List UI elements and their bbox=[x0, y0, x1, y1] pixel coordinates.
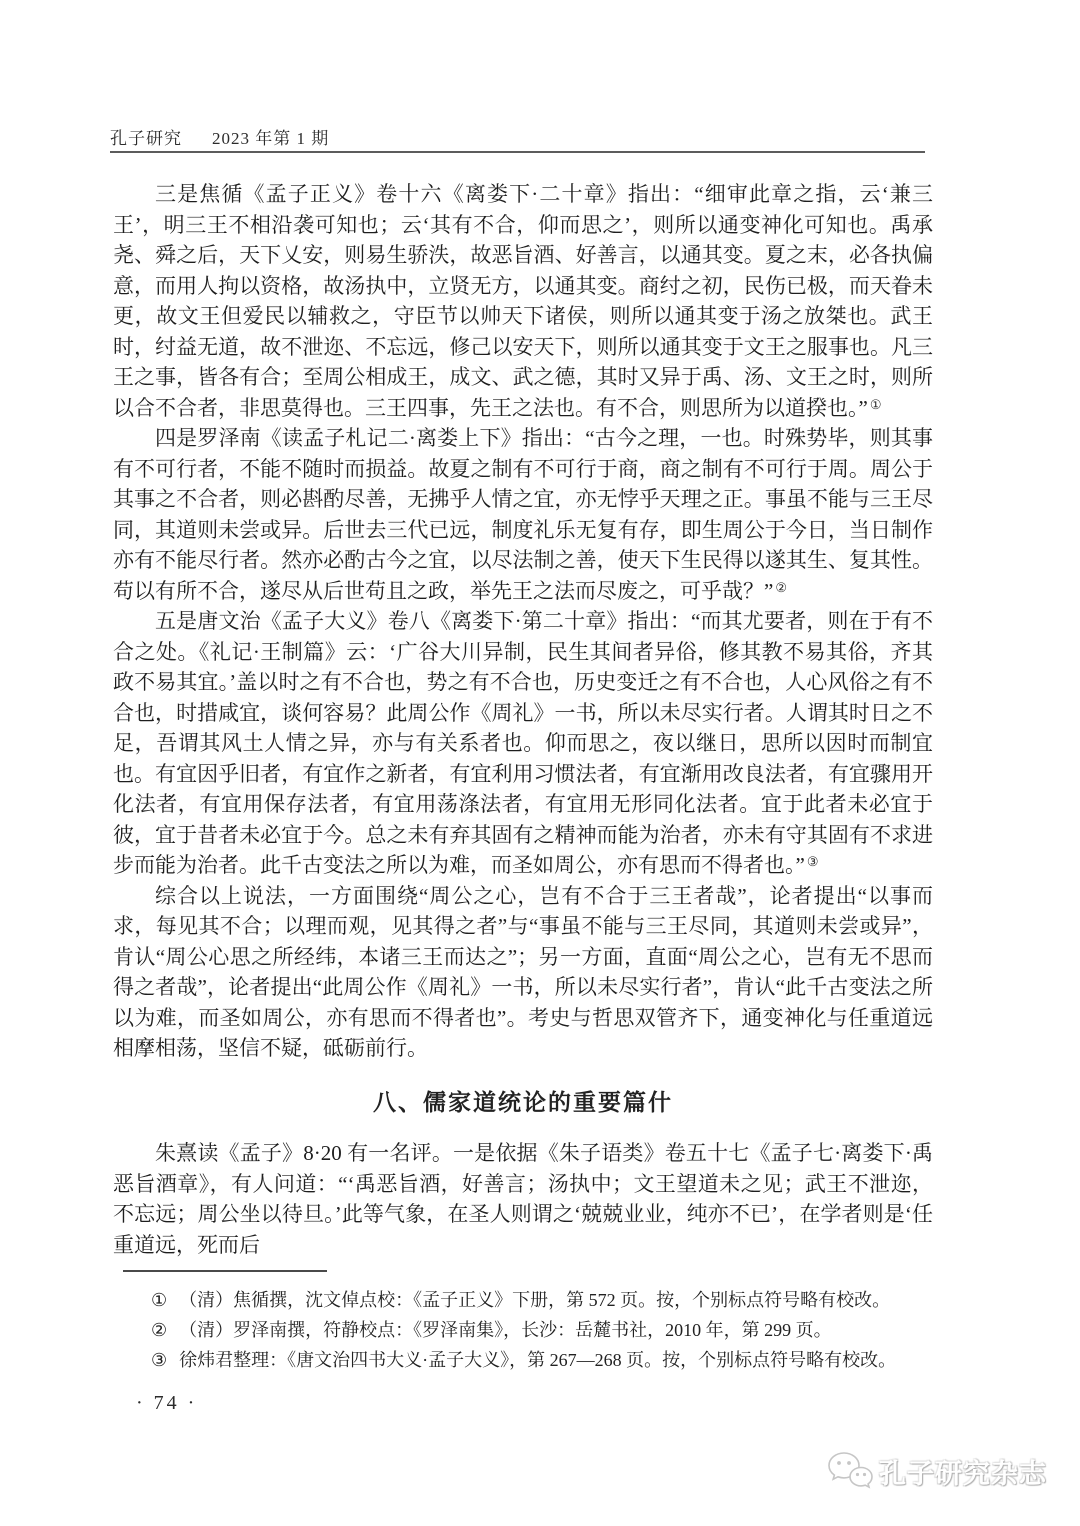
journal-page: 孔子研究 2023 年第 1 期 三是焦循《孟子正义》卷十六《离娄下·二十章》指… bbox=[0, 0, 1080, 1526]
page-header: 孔子研究 2023 年第 1 期 bbox=[110, 124, 329, 149]
header-rule bbox=[110, 151, 925, 153]
paragraph-text: 综合以上说法，一方面围绕“周公之心，岂有不合于三王者哉”，论者提出“以事而求，每… bbox=[113, 884, 933, 1061]
page-number: · 74 · bbox=[136, 1392, 197, 1415]
watermark: 孔子研究杂志 bbox=[826, 1450, 1047, 1492]
footnote-section: ①（清）焦循撰，沈文倬点校：《孟子正义》下册，第 572 页。按，个别标点符号略… bbox=[113, 1270, 945, 1375]
wechat-logo-icon bbox=[826, 1450, 874, 1492]
paragraph: 朱熹读《孟子》8·20 有一名评。一是依据《朱子语类》卷五十七《孟子七·离娄下·… bbox=[113, 1138, 933, 1260]
footnote-ref-1: ① bbox=[870, 397, 882, 412]
footnote-marker: ③ bbox=[151, 1350, 167, 1370]
footnote-marker: ② bbox=[151, 1320, 167, 1340]
footnote-text: 徐炜君整理：《唐文治四书大义·孟子大义》，第 267—268 页。按，个别标点符… bbox=[179, 1350, 896, 1370]
paragraph: 五是唐文治《孟子大义》卷八《离娄下·第二十章》指出：“而其尤要者，则在于有不合之… bbox=[113, 606, 933, 881]
watermark-label: 孔子研究杂志 bbox=[879, 1452, 1047, 1491]
issue-info: 2023 年第 1 期 bbox=[212, 124, 329, 149]
footnote-item: ②（清）罗泽南撰，符静校点：《罗泽南集》，长沙：岳麓书社，2010 年，第 29… bbox=[113, 1315, 945, 1345]
footnote-text: （清）罗泽南撰，符静校点：《罗泽南集》，长沙：岳麓书社，2010 年，第 299… bbox=[179, 1320, 832, 1340]
footnote-text: （清）焦循撰，沈文倬点校：《孟子正义》下册，第 572 页。按，个别标点符号略有… bbox=[179, 1290, 890, 1310]
section-heading: 八、儒家道统论的重要篇什 bbox=[113, 1088, 933, 1119]
footnote-divider bbox=[123, 1270, 327, 1272]
journal-title: 孔子研究 bbox=[110, 124, 182, 149]
paragraph-text: 朱熹读《孟子》8·20 有一名评。一是依据《朱子语类》卷五十七《孟子七·离娄下·… bbox=[113, 1141, 933, 1257]
article-body: 三是焦循《孟子正义》卷十六《离娄下·二十章》指出：“细审此章之指，云‘兼三王’，… bbox=[113, 179, 933, 1260]
footnote-item: ①（清）焦循撰，沈文倬点校：《孟子正义》下册，第 572 页。按，个别标点符号略… bbox=[113, 1285, 945, 1315]
paragraph: 四是罗泽南《读孟子札记二·离娄上下》指出：“古今之理，一也。时殊势毕，则其事有不… bbox=[113, 423, 933, 606]
paragraph-text: 五是唐文治《孟子大义》卷八《离娄下·第二十章》指出：“而其尤要者，则在于有不合之… bbox=[113, 609, 933, 877]
paragraph: 综合以上说法，一方面围绕“周公之心，岂有不合于三王者哉”，论者提出“以事而求，每… bbox=[113, 881, 933, 1064]
footnote-item: ③徐炜君整理：《唐文治四书大义·孟子大义》，第 267—268 页。按，个别标点… bbox=[113, 1345, 945, 1375]
footnote-marker: ① bbox=[151, 1290, 167, 1310]
paragraph-text: 三是焦循《孟子正义》卷十六《离娄下·二十章》指出：“细审此章之指，云‘兼三王’，… bbox=[113, 182, 933, 420]
footnote-ref-2: ② bbox=[775, 580, 787, 595]
paragraph-text: 四是罗泽南《读孟子札记二·离娄上下》指出：“古今之理，一也。时殊势毕，则其事有不… bbox=[113, 426, 933, 603]
paragraph: 三是焦循《孟子正义》卷十六《离娄下·二十章》指出：“细审此章之指，云‘兼三王’，… bbox=[113, 179, 933, 423]
footnote-ref-3: ③ bbox=[807, 854, 819, 869]
